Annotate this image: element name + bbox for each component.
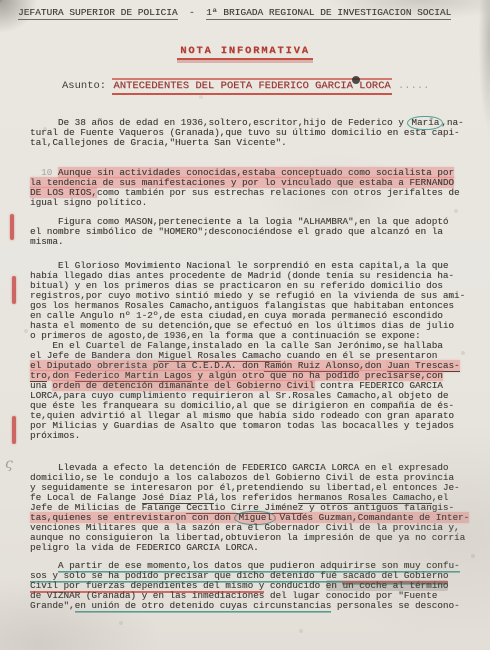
paper-speckles xyxy=(0,0,2,2)
text-line: igual signo político. xyxy=(30,198,478,208)
text-segment: por Milicias y Guardias de Asalto que to… xyxy=(30,420,454,431)
text-line: tal,Callejones de Gracia,"Huerta San Vic… xyxy=(30,138,478,148)
margin-red-mark xyxy=(12,416,16,444)
text-segment: Grande", xyxy=(30,600,75,611)
paragraph: El Glorioso Movimiento Nacional le sorpr… xyxy=(30,261,478,441)
subject-trailing-marks: ..... xyxy=(392,80,430,92)
header-left-title: JEFATURA SUPERIOR DE POLICIA xyxy=(18,7,178,20)
text-segment: personales se descono- xyxy=(331,600,459,611)
text-line: peligro la vida de FEDERICO GARCIA LORCA… xyxy=(30,543,478,553)
subject-label: Asunto: xyxy=(62,80,112,92)
text-line: próximos. xyxy=(30,431,478,441)
text-line: el nombre simbólico de "HOMERO";desconoc… xyxy=(30,227,478,237)
subject-text: ANTECEDENTES DEL POETA FEDERICO GARCIA L… xyxy=(112,78,391,95)
document-header: JEFATURA SUPERIOR DE POLICIA - 1ª BRIGAD… xyxy=(18,8,478,18)
paragraph: A partir de ese momento,los datos que pu… xyxy=(30,561,478,611)
text-line: Grande",en unión de otro detenido cuyas … xyxy=(30,601,478,611)
paragraph: Figura como MASON,perteneciente a la log… xyxy=(30,217,478,247)
subject-row: Asunto: ANTECEDENTES DEL POETA FEDERICO … xyxy=(62,80,490,92)
page-title: NOTA INFORMATIVA xyxy=(177,45,313,60)
header-separator: - xyxy=(178,7,207,18)
text-segment: en unión de otro detenido cuyas circunst… xyxy=(75,600,332,611)
text-segment: igual signo político. xyxy=(30,197,147,208)
title-row: NOTA INFORMATIVA xyxy=(0,40,490,60)
text-segment: tal,Callejones de Gracia,"Huerta San Vic… xyxy=(30,137,287,148)
text-line: misma. xyxy=(30,237,478,247)
text-segment: próximos. xyxy=(30,430,80,441)
text-segment: misma. xyxy=(30,236,63,247)
text-segment: como también por sus estrechas relacione… xyxy=(97,187,460,198)
ink-blot xyxy=(352,76,360,84)
paragraph: De 38 años de edad en 1936,soltero,escri… xyxy=(30,118,478,148)
text-segment: el nombre simbólico de "HOMERO";desconoc… xyxy=(30,226,443,237)
header-right-title: 1ª BRIGADA REGIONAL DE INVESTIGACION SOC… xyxy=(206,7,451,20)
paragraph: Llevada a efecto la detención de FEDERIC… xyxy=(30,463,478,553)
text-segment: peligro la vida de FEDERICO GARCIA LORCA… xyxy=(30,542,259,553)
text-line: por Milicias y Guardias de Asalto que to… xyxy=(30,421,478,431)
scanned-document-page: JEFATURA SUPERIOR DE POLICIA - 1ª BRIGAD… xyxy=(0,0,490,650)
margin-red-mark xyxy=(12,276,16,304)
margin-pencil-mark: ς xyxy=(5,456,13,472)
margin-red-mark xyxy=(10,214,14,240)
header-line: JEFATURA SUPERIOR DE POLICIA - 1ª BRIGAD… xyxy=(18,8,478,18)
document-body: De 38 años de edad en 1936,soltero,escri… xyxy=(30,118,478,611)
paragraph: 10 Aunque sin actividades conocidas,esta… xyxy=(30,168,478,208)
